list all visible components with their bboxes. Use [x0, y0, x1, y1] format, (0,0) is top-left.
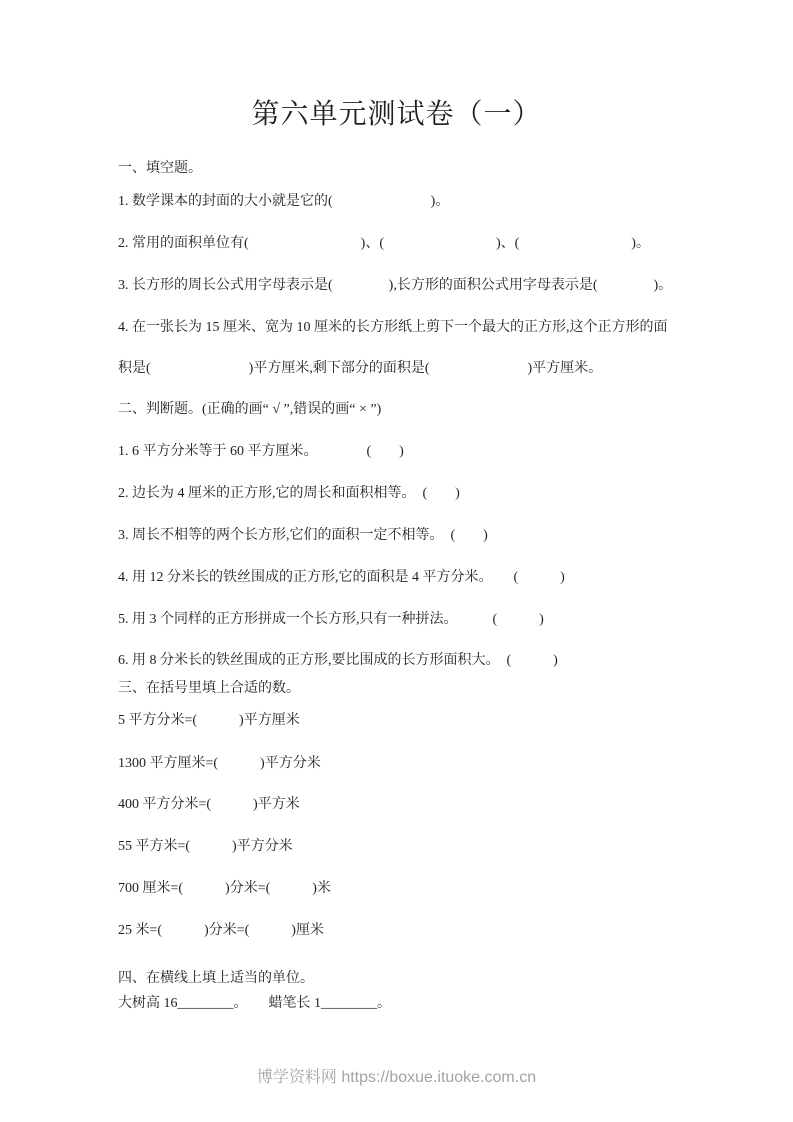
fill-item-2: 2. 常用的面积单位有( )、( )、( )。	[118, 234, 650, 254]
judge-item-3: 3. 周长不相等的两个长方形,它们的面积一定不相等。 ( )	[118, 526, 488, 546]
fill-item-4-line-1: 4. 在一张长为 15 厘米、宽为 10 厘米的长方形纸上剪下一个最大的正方形,…	[118, 318, 668, 338]
fill-item-4-line-2: 积是( )平方厘米,剩下部分的面积是( )平方厘米。	[118, 359, 602, 379]
section-convert-heading: 三、在括号里填上合适的数。	[118, 679, 300, 699]
fill-item-3: 3. 长方形的周长公式用字母表示是( ),长方形的面积公式用字母表示是( )。	[118, 276, 672, 296]
judge-item-5: 5. 用 3 个同样的正方形拼成一个长方形,只有一种拼法。 ( )	[118, 610, 544, 630]
fill-item-1: 1. 数学课本的封面的大小就是它的( )。	[118, 192, 449, 212]
section-fill-heading: 一、填空题。	[118, 159, 202, 179]
judge-item-6: 6. 用 8 分米长的铁丝围成的正方形,要比围成的长方形面积大。 ( )	[118, 651, 558, 671]
section-judge-heading: 二、判断题。(正确的画“ √ ”,错误的画“ × ”)	[118, 400, 381, 420]
convert-item-4: 55 平方米=( )平方分米	[118, 837, 293, 857]
convert-item-2: 1300 平方厘米=( )平方分米	[118, 754, 321, 774]
doc-title: 第六单元测试卷（一）	[0, 96, 793, 134]
convert-item-6: 25 米=( )分米=( )厘米	[118, 921, 324, 941]
test-paper-page: 第六单元测试卷（一） 一、填空题。 1. 数学课本的封面的大小就是它的( )。 …	[0, 0, 793, 1122]
judge-item-2: 2. 边长为 4 厘米的正方形,它的周长和面积相等。 ( )	[118, 484, 460, 504]
convert-item-5: 700 厘米=( )分米=( )米	[118, 879, 331, 899]
convert-item-3: 400 平方分米=( )平方米	[118, 795, 300, 815]
judge-item-4: 4. 用 12 分米长的铁丝围成的正方形,它的面积是 4 平方分米。 ( )	[118, 568, 565, 588]
judge-item-1: 1. 6 平方分米等于 60 平方厘米。 ( )	[118, 442, 404, 462]
convert-item-1: 5 平方分米=( )平方厘米	[118, 711, 300, 731]
section-units-heading: 四、在横线上填上适当的单位。	[118, 969, 314, 989]
units-item-1: 大树高 16________。 蜡笔长 1________。	[118, 994, 391, 1014]
footer-watermark: 博学资料网 https://boxue.ituoke.com.cn	[0, 1068, 793, 1088]
